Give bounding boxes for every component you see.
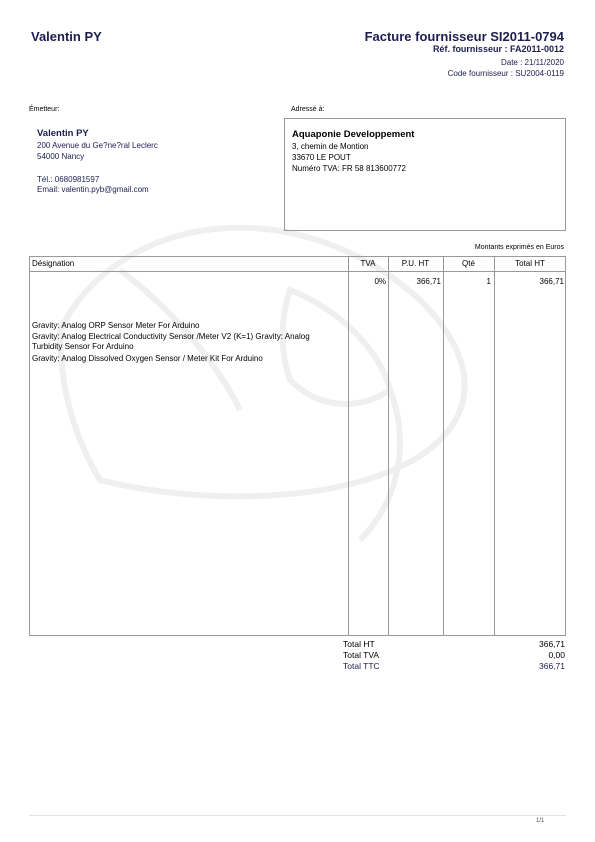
total-ttc-row: Total TTC 366,71 [343,661,565,672]
column-divider [494,257,495,635]
total-tva-row: Total TVA 0,00 [343,650,565,661]
supplier-ref: Réf. fournisseur : FA2011-0012 [433,44,564,54]
row-description: Gravity: Analog ORP Sensor Meter For Ard… [32,321,377,364]
total-ht-value: 366,71 [539,639,565,649]
column-divider [443,257,444,635]
footer-divider [29,815,566,816]
header-designation: Désignation [32,259,74,268]
row-total: 366,71 [494,277,564,286]
description-line: Gravity: Analog Electrical Conductivity … [32,332,377,343]
recipient-address-line1: 3, chemin de Montion [292,142,369,151]
total-ttc-label: Total TTC [343,661,380,671]
column-divider [388,257,389,635]
description-line: Gravity: Analog ORP Sensor Meter For Ard… [32,321,377,332]
sender-name-header: Valentin PY [31,29,102,44]
column-divider [348,257,349,635]
total-tva-value: 0,00 [548,650,565,660]
items-table: Désignation TVA P.U. HT Qté Total HT 0% … [29,256,566,636]
recipient-address-line2: 33670 LE POUT [292,153,351,162]
supplier-code: Code fournisseur : SU2004-0119 [448,69,564,78]
table-header: Désignation TVA P.U. HT Qté Total HT [30,257,565,272]
emitter-name: Valentin PY [37,128,89,139]
description-line: Turbidity Sensor For Arduino [32,342,377,353]
emitter-label: Émetteur: [29,106,59,113]
invoice-title: Facture fournisseur SI2011-0794 [365,29,564,44]
header-vat: TVA [348,259,388,268]
total-ht-label: Total HT [343,639,375,649]
total-ttc-value: 366,71 [539,661,565,671]
header-qty: Qté [443,259,494,268]
recipient-label: Adressé à: [291,106,324,113]
invoice-date: Date : 21/11/2020 [501,58,564,67]
total-tva-label: Total TVA [343,650,379,660]
header-total: Total HT [494,259,566,268]
row-qty: 1 [443,277,491,286]
recipient-block: Aquaponie Developpement 3, chemin de Mon… [284,118,566,231]
emitter-block: Valentin PY 200 Avenue du Ge?ne?ral Lecl… [29,119,277,207]
recipient-name: Aquaponie Developpement [292,129,414,140]
emitter-phone: Tél.: 0680981597 [37,175,99,184]
recipient-vat-number: Numéro TVA: FR 58 813600772 [292,164,406,173]
row-vat: 0% [348,277,386,286]
description-line: Gravity: Analog Dissolved Oxygen Sensor … [32,354,377,365]
emitter-address-line2: 54000 Nancy [37,152,84,161]
currency-note: Montants exprimés en Euros [475,244,564,251]
emitter-email: Email: valentin.pyb@gmail.com [37,185,149,194]
emitter-address-line1: 200 Avenue du Ge?ne?ral Leclerc [37,141,158,150]
header-unit-price: P.U. HT [388,259,443,268]
total-ht-row: Total HT 366,71 [343,639,565,650]
totals-block: Total HT 366,71 Total TVA 0,00 Total TTC… [343,639,565,672]
row-unit-price: 366,71 [388,277,441,286]
page-number: 1/1 [536,818,544,824]
